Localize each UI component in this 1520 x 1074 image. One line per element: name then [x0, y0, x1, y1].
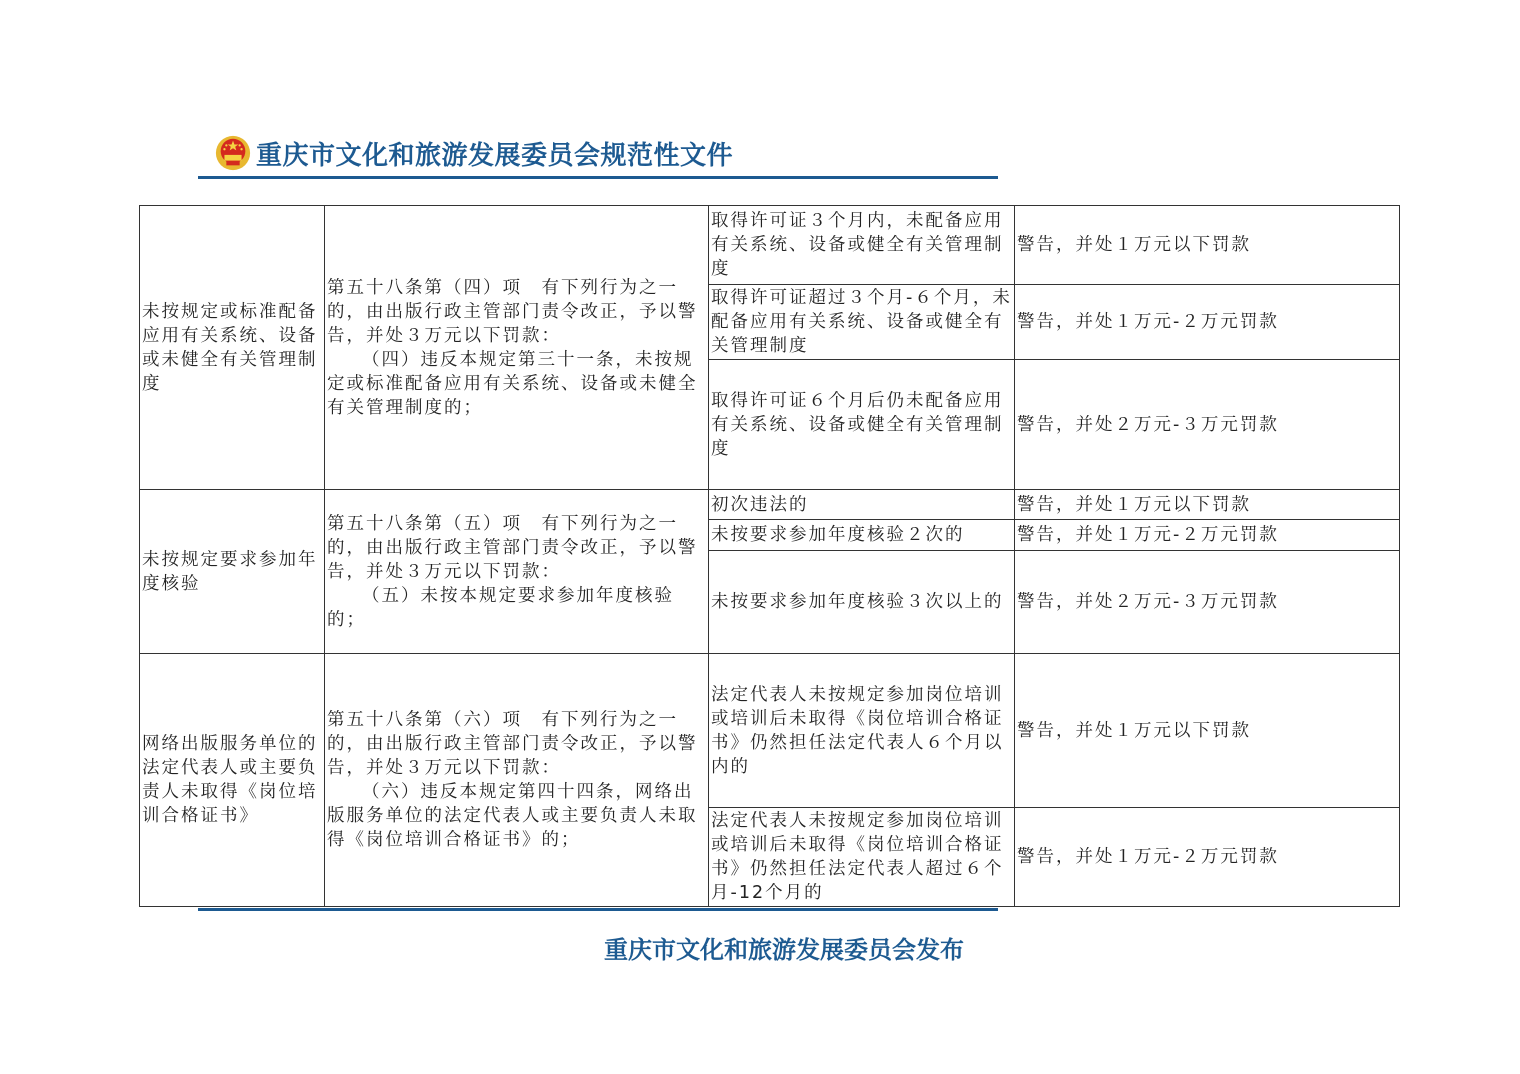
- circumstance-cell: 取得许可证超过３个月-６个月，未配备应用有关系统、设备或健全有关管理制度: [709, 285, 1015, 360]
- document-header-title: 重庆市文化和旅游发展委员会规范性文件: [256, 135, 733, 172]
- legal-basis-clause: （六）违反本规定第四十四条，网络出版服务单位的法定代表人或主要负责人未取得《岗位…: [327, 780, 706, 852]
- legal-basis-clause: （四）违反本规定第三十一条，未按规定或标准配备应用有关系统、设备或未健全有关管理…: [327, 348, 706, 420]
- circumstance-cell: 法定代表人未按规定参加岗位培训或培训后未取得《岗位培训合格证书》仍然担任法定代表…: [709, 808, 1015, 907]
- legal-basis-cell: 第五十八条第（四）项 有下列行为之一的，由出版行政主管部门责令改正，予以警告，并…: [325, 206, 709, 490]
- document-footer-title: 重庆市文化和旅游发展委员会发布: [604, 930, 964, 965]
- legal-basis-text: 第五十八条第（六）项 有下列行为之一的，由出版行政主管部门责令改正，予以警告，并…: [327, 708, 706, 780]
- circumstance-cell: 法定代表人未按规定参加岗位培训或培训后未取得《岗位培训合格证书》仍然担任法定代表…: [709, 654, 1015, 808]
- legal-basis-text: 第五十八条第（四）项 有下列行为之一的，由出版行政主管部门责令改正，予以警告，并…: [327, 276, 706, 348]
- violation-cell: 未按规定要求参加年度核验: [140, 490, 325, 654]
- penalty-cell: 警告，并处１万元以下罚款: [1015, 490, 1400, 520]
- penalty-cell: 警告，并处１万元-２万元罚款: [1015, 285, 1400, 360]
- circumstance-cell: 未按要求参加年度核验３次以上的: [709, 551, 1015, 654]
- violation-cell: 网络出版服务单位的法定代表人或主要负责人未取得《岗位培训合格证书》: [140, 654, 325, 907]
- penalty-cell: 警告，并处２万元-３万元罚款: [1015, 551, 1400, 654]
- national-emblem-icon: [214, 134, 252, 172]
- legal-basis-text: 第五十八条第（五）项 有下列行为之一的，由出版行政主管部门责令改正，予以警告，并…: [327, 512, 706, 584]
- legal-basis-cell: 第五十八条第（六）项 有下列行为之一的，由出版行政主管部门责令改正，予以警告，并…: [325, 654, 709, 907]
- penalty-cell: 警告，并处２万元-３万元罚款: [1015, 360, 1400, 490]
- footer-divider: [198, 908, 998, 911]
- penalty-cell: 警告，并处１万元以下罚款: [1015, 206, 1400, 285]
- table-row: 未按规定或标准配备应用有关系统、设备或未健全有关管理制度 第五十八条第（四）项 …: [140, 206, 1400, 285]
- circumstance-cell: 取得许可证６个月后仍未配备应用有关系统、设备或健全有关管理制度: [709, 360, 1015, 490]
- document-header: 重庆市文化和旅游发展委员会规范性文件: [214, 132, 733, 174]
- penalty-cell: 警告，并处１万元以下罚款: [1015, 654, 1400, 808]
- legal-basis-clause: （五）未按本规定要求参加年度核验的；: [327, 584, 706, 632]
- table-row: 未按规定要求参加年度核验 第五十八条第（五）项 有下列行为之一的，由出版行政主管…: [140, 490, 1400, 520]
- circumstance-cell: 取得许可证３个月内，未配备应用有关系统、设备或健全有关管理制度: [709, 206, 1015, 285]
- circumstance-cell: 初次违法的: [709, 490, 1015, 520]
- legal-basis-cell: 第五十八条第（五）项 有下列行为之一的，由出版行政主管部门责令改正，予以警告，并…: [325, 490, 709, 654]
- header-divider: [198, 176, 998, 179]
- penalty-cell: 警告，并处１万元-２万元罚款: [1015, 808, 1400, 907]
- penalty-table: 未按规定或标准配备应用有关系统、设备或未健全有关管理制度 第五十八条第（四）项 …: [139, 205, 1400, 907]
- penalty-cell: 警告，并处１万元-２万元罚款: [1015, 520, 1400, 551]
- violation-cell: 未按规定或标准配备应用有关系统、设备或未健全有关管理制度: [140, 206, 325, 490]
- table-row: 网络出版服务单位的法定代表人或主要负责人未取得《岗位培训合格证书》 第五十八条第…: [140, 654, 1400, 808]
- circumstance-cell: 未按要求参加年度核验２次的: [709, 520, 1015, 551]
